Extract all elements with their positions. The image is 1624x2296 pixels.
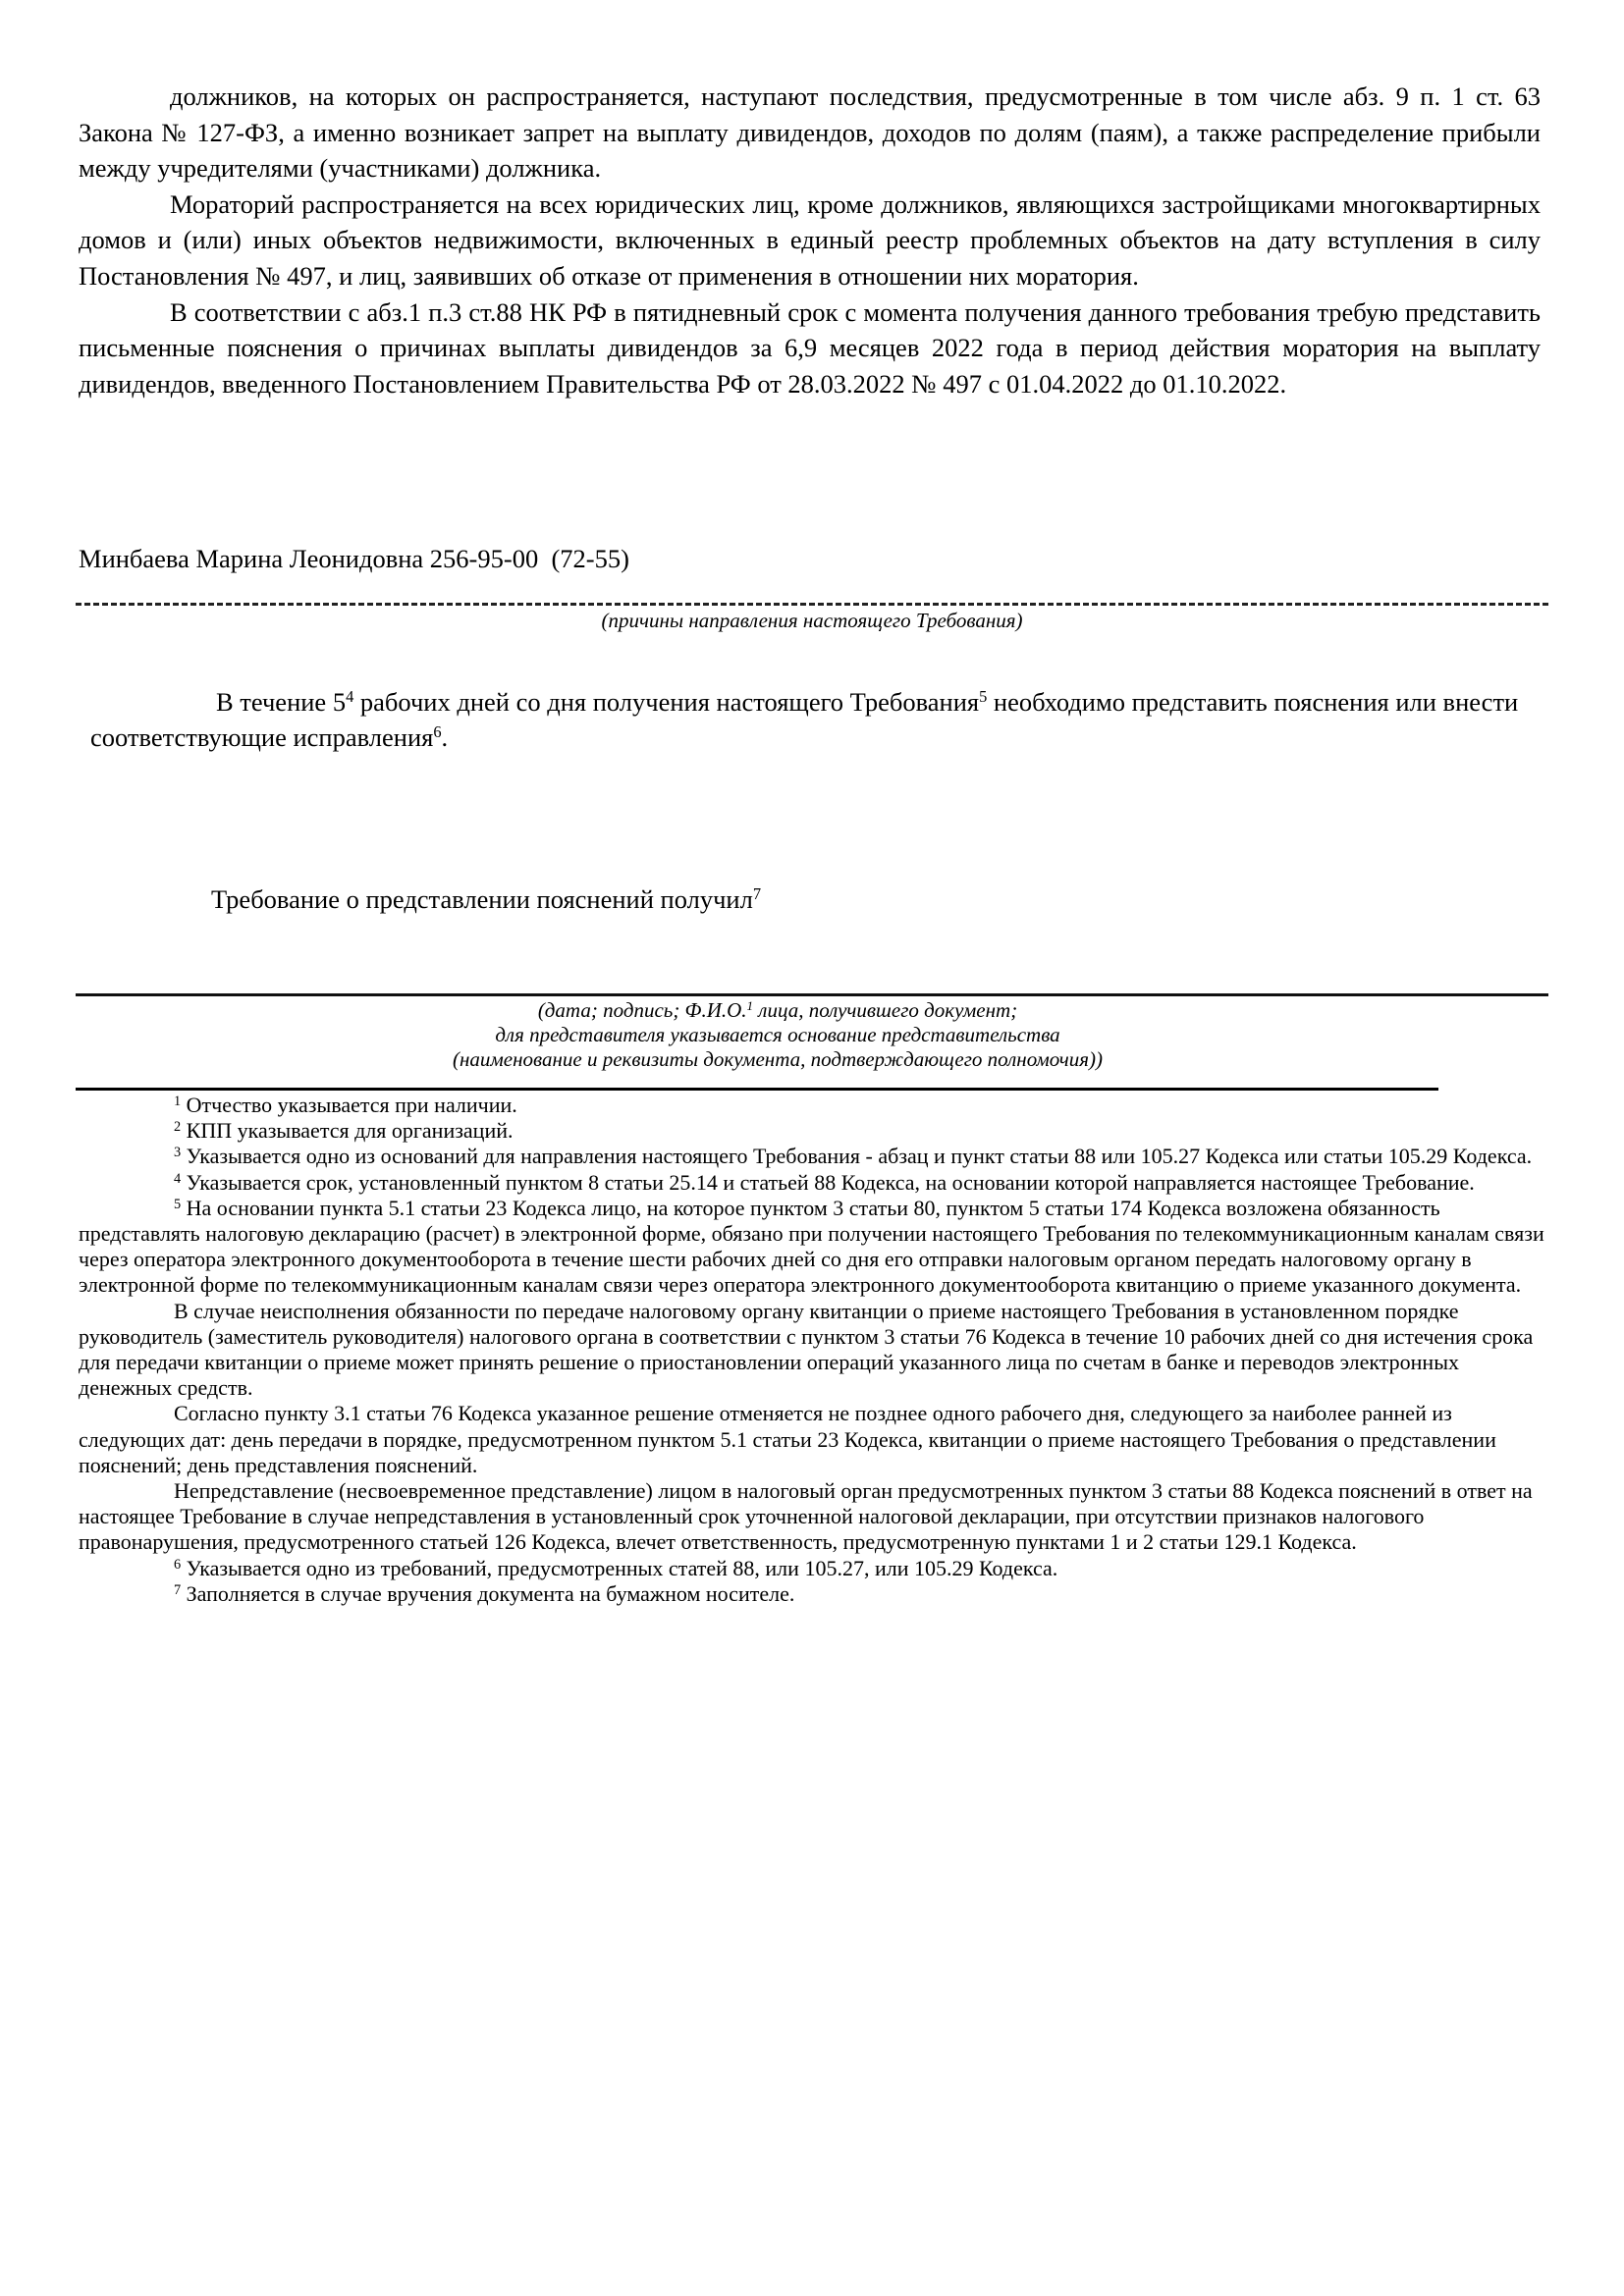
paragraph-explanation-request: В соответствии с абз.1 п.3 ст.88 НК РФ в… — [79, 294, 1541, 402]
footnote-5-continued-1: В случае неисполнения обязанности по пер… — [79, 1299, 1551, 1402]
footnote-5: 5 На основании пункта 5.1 статьи 23 Коде… — [79, 1196, 1551, 1299]
paragraph-consequences: должников, на которых он распространяетс… — [79, 79, 1541, 187]
footnote-ref-7: 7 — [753, 884, 761, 903]
footnote-6: 6 Указывается одно из требований, предус… — [79, 1556, 1551, 1581]
footnote-4: 4 Указывается срок, установленный пункто… — [79, 1170, 1551, 1196]
receipt-caption-line3: (наименование и реквизиты документа, под… — [76, 1047, 1480, 1072]
footnote-2: 2 КПП указывается для организаций. — [79, 1118, 1551, 1144]
contact-person: Минбаева Марина Леонидовна 256-95-00 (72… — [79, 541, 629, 576]
footnote-3: 3 Указывается одно из оснований для напр… — [79, 1144, 1551, 1169]
receipt-caption-line2: для представителя указывается основание … — [76, 1023, 1480, 1047]
signature-line — [76, 993, 1548, 996]
receipt-caption-line1: (дата; подпись; Ф.И.О.1 лица, получившег… — [76, 998, 1480, 1023]
footnotes: 1 Отчество указывается при наличии. 2 КП… — [79, 1093, 1551, 1607]
dashed-separator — [76, 603, 1548, 606]
reasons-caption: (причины направления настоящего Требован… — [76, 609, 1548, 633]
footnote-1: 1 Отчество указывается при наличии. — [79, 1093, 1551, 1118]
paragraph-moratorium-scope: Мораторий распространяется на всех юриди… — [79, 187, 1541, 294]
footnote-separator — [76, 1088, 1438, 1091]
deadline-paragraph: В течение 54 рабочих дней со дня получен… — [90, 684, 1524, 755]
footnote-ref-6: 6 — [433, 722, 441, 741]
main-text: должников, на которых он распространяетс… — [79, 79, 1541, 401]
receipt-caption: (дата; подпись; Ф.И.О.1 лица, получившег… — [76, 998, 1480, 1072]
footnote-5-continued-3: Непредставление (несвоевременное предста… — [79, 1478, 1551, 1556]
received-label: Требование о представлении пояснений пол… — [211, 881, 761, 917]
footnote-7: 7 Заполняется в случае вручения документ… — [79, 1581, 1551, 1607]
footnote-5-continued-2: Согласно пункту 3.1 статьи 76 Кодекса ук… — [79, 1401, 1551, 1478]
deadline-text: В течение 54 рабочих дней со дня получен… — [90, 684, 1524, 755]
